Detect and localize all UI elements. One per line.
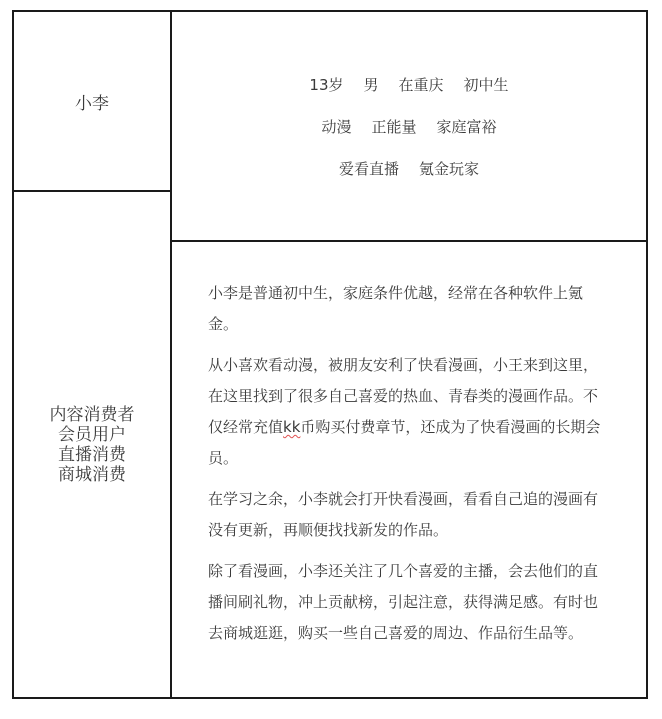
tag-education: 初中生: [464, 72, 509, 114]
tag-wealthy: 家庭富裕: [437, 114, 497, 156]
role-item: 直播消费: [58, 445, 126, 465]
tag-row-demographics: 13岁 男 在重庆 初中生: [299, 72, 518, 114]
tag-age: 13岁: [309, 72, 343, 114]
role-item: 会员用户: [58, 425, 126, 445]
persona-tags-cell: 13岁 男 在重庆 初中生 动漫 正能量 家庭富裕 爱看直播 氪金玩家: [172, 12, 646, 240]
story-paragraph: 除了看漫画，小李还关注了几个喜爱的主播，会去他们的直播间刷礼物，冲上贡献榜，引起…: [208, 556, 612, 649]
story-paragraph: 在学习之余，小李就会打开快看漫画，看看自己追的漫画有没有更新，再顺便找找新发的作…: [208, 484, 612, 546]
tag-anime: 动漫: [321, 114, 351, 156]
tag-livestream: 爱看直播: [339, 156, 399, 198]
tag-gender: 男: [364, 72, 379, 114]
persona-story-cell: 小李是普通初中生，家庭条件优越，经常在各种软件上氪金。 从小喜欢看动漫，被朋友安…: [172, 242, 646, 697]
story-paragraph: 小李是普通初中生，家庭条件优越，经常在各种软件上氪金。: [208, 278, 612, 340]
role-item: 内容消费者: [50, 405, 135, 425]
tag-location: 在重庆: [399, 72, 444, 114]
persona-name: 小李: [75, 89, 109, 114]
role-item: 商城消费: [58, 465, 126, 485]
tag-positive: 正能量: [371, 114, 416, 156]
story-paragraph: 从小喜欢看动漫，被朋友安利了快看漫画，小王来到这里，在这里找到了很多自己喜爱的热…: [208, 350, 612, 474]
tag-row-interests: 动漫 正能量 家庭富裕: [311, 114, 506, 156]
spellcheck-word: kk: [283, 418, 300, 436]
persona-roles-cell: 内容消费者 会员用户 直播消费 商城消费: [14, 192, 170, 697]
tag-spender: 氪金玩家: [419, 156, 479, 198]
persona-name-cell: 小李: [14, 12, 170, 190]
tag-row-behaviors: 爱看直播 氪金玩家: [329, 156, 489, 198]
